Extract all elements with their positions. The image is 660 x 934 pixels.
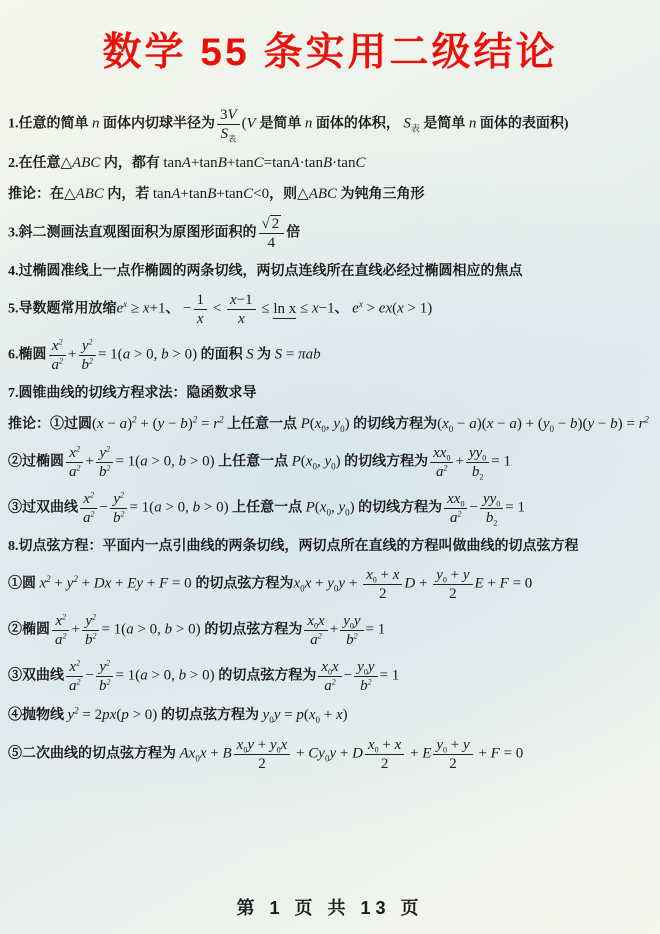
run-it: a [52, 357, 60, 373]
run-rm: + [311, 576, 327, 592]
run-it: x [366, 567, 373, 583]
run-rm: + [320, 707, 336, 723]
run-it: C [243, 186, 253, 202]
run-rm: + [447, 737, 463, 753]
frac: yy0b2 [480, 490, 503, 527]
run-it: E [422, 746, 431, 762]
run-it: S [246, 347, 254, 363]
frac: y2b2 [110, 490, 128, 527]
formula-line: ⑤二次曲线的切点弦方程为 Ax0x + Bx0y + y0x2 + Cy0y +… [8, 736, 652, 773]
run-rm: < [209, 301, 225, 317]
run-rm: + [292, 746, 308, 762]
frac: x0xa2 [318, 658, 341, 695]
formula-line: 2.在任意△ABC 内，都有 tanA+tanB+tanC=tanA·tanB·… [8, 152, 652, 175]
run-sup: 2 [76, 659, 80, 668]
run-sup: 2 [106, 659, 110, 668]
run-it: D [404, 576, 415, 592]
run-rm: = [282, 347, 298, 363]
run-it: a [324, 678, 332, 694]
run-it: x [332, 659, 339, 675]
run-it: B [207, 186, 216, 202]
run-cjk: ⑤二次曲线的切点弦方程为 [8, 747, 180, 762]
run-sup: 2 [106, 678, 110, 687]
run-sup: 2 [77, 464, 81, 473]
run-it: y [368, 659, 375, 675]
run-it: B [323, 155, 332, 171]
run-it: x [238, 311, 245, 327]
run-it: x [143, 301, 150, 317]
run-sub: 表 [411, 123, 420, 133]
formula-line: ②椭圆x2a2+y2b2= 1(a > 0, b > 0) 的切点弦方程为x0x… [8, 612, 652, 649]
run-sup: 2 [90, 491, 94, 500]
run-it: B [218, 155, 227, 171]
run-rm: +tan [216, 186, 243, 202]
run-rm: tan [153, 186, 171, 202]
run-rm: 3 [220, 107, 228, 123]
document-body: 1.任意的简单 n 面体内切球半径为3VS表(V 是简单 n 面体的体积， S表… [0, 77, 660, 773]
run-rm: + [475, 746, 491, 762]
run-sup: 2 [318, 632, 322, 641]
run-rm: = 1( [129, 500, 154, 516]
run-it: P [301, 416, 310, 432]
run-rm: + [143, 576, 159, 592]
run-cjk: 推论：在 [8, 187, 64, 202]
run-rm: + [455, 454, 463, 470]
run-cjk: 的切线方程为 [350, 417, 438, 432]
run-it: F [500, 576, 509, 592]
formula-line: 5.导数题常用放缩ex ≥ x+1、 −1x < x−1x ≤ ln x ≤ x… [8, 291, 652, 328]
frac: x0 + x2 [365, 736, 404, 773]
run-it: x [442, 416, 449, 432]
run-rm: > 0) [172, 622, 204, 638]
run-sup: 2 [89, 337, 93, 346]
run-it: p [121, 707, 129, 723]
run-rm: = [197, 416, 213, 432]
run-sup: 2 [120, 491, 124, 500]
run-rm: + [406, 746, 422, 762]
run-it: V [228, 107, 237, 123]
run-cjk: 2.在任意 [8, 156, 61, 171]
run-it: a [69, 464, 77, 480]
run-rm: = [280, 707, 296, 723]
frac: x2a2 [66, 444, 84, 481]
run-rm: = 1 [380, 668, 400, 684]
run-rm: +1 [150, 301, 166, 317]
run-rm: = 0 [500, 746, 523, 762]
formula-line: ①圆 x2 + y2 + Dx + Ey + F = 0 的切点弦方程为x0x … [8, 566, 652, 603]
run-rm: > 0, [148, 668, 179, 684]
run-sup: 2 [76, 445, 80, 454]
run-it: px [102, 707, 116, 723]
run-rm: = 1( [115, 454, 140, 470]
run-cjk: 是简单 [256, 117, 305, 132]
run-it: x [336, 707, 343, 723]
formula-line: 4.过椭圆准线上一点作椭圆的两条切线，两切点连线所在直线必经过椭圆相应的焦点 [8, 261, 652, 282]
run-sup: 2 [368, 678, 372, 687]
frac: x2a2 [66, 658, 84, 695]
run-it: Ax [180, 746, 196, 762]
run-it: a [140, 454, 148, 470]
run-it: C [254, 155, 264, 171]
run-sup: 2 [354, 632, 358, 641]
run-rm: √2 [262, 215, 282, 232]
run-rm: ·tan [332, 155, 355, 171]
run-rm: + [447, 567, 463, 583]
run-it: b [360, 678, 368, 694]
run-rm: △ [297, 186, 309, 202]
run-it: p [296, 707, 304, 723]
run-it: x [200, 746, 207, 762]
frac: √24 [259, 215, 285, 252]
run-sup: 2 [89, 356, 93, 365]
run-it: y [357, 659, 364, 675]
run-it: n [92, 116, 100, 132]
formula-line: 7.圆锥曲线的切线方程求法：隐函数求导 [8, 383, 652, 404]
run-sub: 表 [228, 134, 236, 143]
run-rm: ≤ [296, 301, 312, 317]
formula-line: ③过双曲线x2a2−y2b2= 1(a > 0, b > 0) 上任意一点 P(… [8, 490, 652, 527]
formula-line: 6.椭圆x2a2+y2b2= 1(a > 0, b > 0) 的面积 S 为 S… [8, 337, 652, 374]
run-it: Dx [94, 576, 112, 592]
page-footer: 第 1 页 共 13 页 [0, 894, 660, 920]
run-cjk: ①圆 [8, 577, 40, 592]
run-cjk: 为 [254, 348, 275, 363]
run-cjk: 、 [166, 302, 184, 317]
frac: yy0b2 [466, 444, 489, 481]
run-rm: = 1 [491, 454, 511, 470]
run-rm: − [104, 416, 120, 432]
run-rm: = 1 [366, 622, 386, 638]
run-rm: > 0) [186, 668, 218, 684]
run-it: a [55, 632, 63, 648]
run-it: a [436, 464, 444, 480]
run-it: A [171, 186, 180, 202]
run-rm: − [164, 416, 180, 432]
run-it: b [81, 357, 89, 373]
frac: y0 + y2 [433, 736, 472, 773]
run-cjk: 内，都有 [100, 156, 163, 171]
run-it: P [292, 454, 301, 470]
run-rm: 2 [379, 586, 387, 602]
run-rm: △ [61, 155, 73, 171]
run-rm: + [336, 746, 352, 762]
run-it: F [159, 576, 168, 592]
run-it: a [140, 668, 148, 684]
run-it: D [352, 746, 363, 762]
run-rm: − [493, 416, 509, 432]
run-it: y [354, 613, 361, 629]
run-cjk: 的切点弦方程为 [161, 708, 263, 723]
run-it: ABC [309, 186, 337, 202]
run-it: xx [433, 445, 446, 461]
run-rm: + [86, 454, 94, 470]
run-it: b [346, 632, 354, 648]
run-it: x [393, 567, 400, 583]
run-cjk: 内，若 [104, 187, 153, 202]
run-cjk: 上任意一点 [215, 455, 292, 470]
frac: y0yb2 [354, 658, 377, 695]
run-cjk: 4.过椭圆准线上一点作椭圆的两条切线，两切点连线所在直线必经过椭圆相应的焦点 [8, 264, 523, 279]
run-sup: 2 [92, 613, 96, 622]
run-sup: 2 [644, 414, 649, 424]
run-rm: > 0) [129, 707, 161, 723]
run-rm: > 1) [404, 301, 432, 317]
run-rm: +tan [180, 186, 207, 202]
run-rm: ≥ [127, 301, 143, 317]
run-cjk: 的切点弦方程为 [195, 577, 293, 592]
run-it: A [182, 155, 191, 171]
document-page: 数学 55 条实用二级结论 1.任意的简单 n 面体内切球半径为3VS表(V 是… [0, 0, 660, 934]
run-it: a [83, 510, 91, 526]
run-rm: + [377, 567, 393, 583]
run-rm: > 0) [186, 454, 214, 470]
run-rm: = 1( [101, 622, 126, 638]
run-cjk: ④抛物线 [8, 708, 68, 723]
run-rm: − [554, 416, 570, 432]
run-rm: = 1 [505, 500, 525, 516]
frac: x0y + y0x2 [234, 736, 291, 773]
run-it: V [247, 116, 256, 132]
run-it: a [126, 622, 134, 638]
run-rm: △ [64, 186, 76, 202]
run-it: y [343, 613, 350, 629]
frac: y2b2 [78, 337, 96, 374]
run-rm: 1 [197, 292, 205, 308]
run-rm: + [345, 576, 361, 592]
run-rm: + ( [137, 416, 158, 432]
run-cjk: 面体内切球半径为 [100, 117, 216, 132]
run-rm: ) = [618, 416, 639, 432]
run-cjk: 上任意一点 [229, 501, 306, 516]
formula-line: ③双曲线x2a2−y2b2= 1(a > 0, b > 0) 的切点弦方程为x0… [8, 658, 652, 695]
frac: y2b2 [96, 444, 114, 481]
run-it: x [97, 416, 104, 432]
run-rm: > 0) [200, 500, 228, 516]
run-rm: = 2 [79, 707, 102, 723]
run-rm: + [415, 576, 431, 592]
formula-line: 1.任意的简单 n 面体内切球半径为3VS表(V 是简单 n 面体的体积， S表… [8, 106, 652, 143]
run-it: x [368, 737, 375, 753]
run-rm: + [330, 622, 338, 638]
frac: 1x [194, 291, 208, 328]
run-cjk: 、 [335, 302, 353, 317]
frac: x2a2 [80, 490, 98, 527]
run-it: y [247, 737, 254, 753]
run-rm: 2 [381, 756, 389, 772]
run-rm: − [86, 668, 94, 684]
run-it: a [154, 500, 162, 516]
run-it: y [463, 567, 470, 583]
run-cjk: 倍 [286, 226, 300, 241]
run-rm: ) + ( [517, 416, 543, 432]
run-rm: + [254, 737, 270, 753]
run-rm: > 0, [148, 454, 179, 470]
run-sub: 0 [446, 454, 450, 463]
run-sup: 2 [458, 510, 462, 519]
run-rm: − [453, 416, 469, 432]
run-it: ex [379, 301, 392, 317]
frac: x2a2 [52, 612, 70, 649]
run-it: b [180, 416, 188, 432]
run-it: Ey [127, 576, 143, 592]
run-it: a [509, 416, 517, 432]
run-it: A [290, 155, 299, 171]
run-sup: 2 [91, 510, 95, 519]
run-rm: −1 [319, 301, 335, 317]
run-cjk: ，则 [269, 187, 297, 202]
run-it: y [82, 338, 89, 354]
run-rm: )( [477, 416, 487, 432]
run-sup: 2 [77, 678, 81, 687]
run-cjk: 推论：①过圆 [8, 417, 92, 432]
run-sup: 2 [106, 445, 110, 454]
frac: xx0a2 [430, 444, 453, 481]
run-rm: +tan [227, 155, 254, 171]
run-rm: − [344, 668, 352, 684]
frac: y2b2 [82, 612, 100, 649]
run-it: P [306, 500, 315, 516]
run-rm: > 0, [130, 347, 161, 363]
run-it: x [395, 737, 402, 753]
run-it: C [355, 155, 365, 171]
run-sup: 2 [444, 464, 448, 473]
run-cjk: 面体的表面积) [476, 117, 568, 132]
run-it: B [222, 746, 231, 762]
run-rm: + [379, 737, 395, 753]
run-rm: = 0 [509, 576, 532, 592]
run-it: S [275, 347, 283, 363]
frac: y0yb2 [340, 612, 363, 649]
run-it: a [469, 416, 477, 432]
run-it: yy [483, 491, 496, 507]
run-rm: ≤ [258, 301, 274, 317]
formula-line: ②过椭圆x2a2+y2b2= 1(a > 0, b > 0) 上任意一点 P(x… [8, 444, 652, 481]
run-rm: + [207, 746, 223, 762]
run-it: ABC [76, 186, 104, 202]
run-cjk: 3.斜二测画法直观图面积为原图形面积的 [8, 226, 257, 241]
run-cjk: ②椭圆 [8, 623, 50, 638]
frac: xx0a2 [444, 490, 467, 527]
run-rm: − [469, 500, 477, 516]
run-rm: > 0) [169, 347, 197, 363]
run-rm: > 0, [162, 500, 193, 516]
run-cjk: ③双曲线 [8, 669, 64, 684]
run-rm: − [183, 301, 191, 317]
run-it: x [318, 613, 325, 629]
formula-line: 8.切点弦方程：平面内一点引曲线的两条切线，两切点所在直线的方程叫做曲线的切点弦… [8, 536, 652, 557]
run-it: S [403, 116, 411, 132]
run-rm: > 0, [134, 622, 165, 638]
run-rm: = 0 [168, 576, 195, 592]
run-cjk: 上任意一点 [224, 417, 301, 432]
run-it: πab [298, 347, 321, 363]
run-rm: 4 [268, 235, 276, 251]
run-cjk: 的面积 [197, 348, 246, 363]
run-sub: 2 [479, 473, 483, 482]
run-rm: = 1( [98, 347, 123, 363]
run-rm: + [111, 576, 127, 592]
frac: y0 + y2 [433, 566, 472, 603]
run-it: y [270, 737, 277, 753]
run-it: a [69, 678, 77, 694]
run-rm: tan [163, 155, 181, 171]
run-it: y [463, 737, 470, 753]
run-cjk: 1.任意的简单 [8, 117, 92, 132]
run-rm: ln x [273, 301, 296, 319]
formula-line: 推论：在△ABC 内，若 tanA+tanB+tanC<0，则△ABC 为钝角三… [8, 183, 652, 206]
run-cjk: 是简单 [420, 117, 469, 132]
run-it: ABC [72, 155, 100, 171]
run-sup: 2 [106, 464, 110, 473]
run-rm: −1 [237, 292, 253, 308]
run-it: x [397, 301, 404, 317]
run-cjk: ②过椭圆 [8, 455, 64, 470]
run-it: e [352, 301, 359, 317]
run-cjk: 的切点弦方程为 [204, 623, 302, 638]
run-cjk: 为钝角三角形 [337, 187, 425, 202]
run-rm: > [363, 301, 379, 317]
run-cjk: 7.圆锥曲线的切线方程求法：隐函数求导 [8, 386, 257, 401]
run-cjk: 5.导数题常用放缩 [8, 302, 117, 317]
frac: y2b2 [96, 658, 114, 695]
run-cjk: 面体的体积， [312, 117, 403, 132]
run-it: xx [447, 491, 460, 507]
run-sup: 2 [59, 337, 63, 346]
frac: x2a2 [49, 337, 67, 374]
run-it: Cy [308, 746, 325, 762]
run-it: yy [469, 445, 482, 461]
run-it: x [309, 707, 316, 723]
run-it: S [221, 126, 229, 142]
run-sub: 0 [496, 500, 500, 509]
run-cjk: 的切线方程为 [355, 501, 443, 516]
frac: x0xa2 [304, 612, 327, 649]
run-cjk: ③过双曲线 [8, 501, 78, 516]
run-it: b [610, 416, 618, 432]
frac: 3VS表 [217, 106, 240, 143]
run-rm: + [78, 576, 94, 592]
run-rm: + [72, 622, 80, 638]
run-rm: − [100, 500, 108, 516]
run-sup: 2 [62, 613, 66, 622]
run-it: E [475, 576, 484, 592]
frac: x−1x [227, 291, 256, 328]
run-rm: +tan [191, 155, 218, 171]
run-sup: 2 [120, 510, 124, 519]
run-rm: <0 [253, 186, 269, 202]
run-cjk: 的切线方程为 [341, 455, 429, 470]
frac: x0 + x2 [363, 566, 402, 603]
run-rm: = 1( [115, 668, 140, 684]
run-rm: =tan [264, 155, 291, 171]
run-rm: − [594, 416, 610, 432]
formula-line: 3.斜二测画法直观图面积为原图形面积的√24倍 [8, 215, 652, 252]
run-it: y [327, 576, 334, 592]
page-title: 数学 55 条实用二级结论 [0, 0, 660, 77]
formula-line: ④抛物线 y2 = 2px(p > 0) 的切点弦方程为 y0y = p(x0 … [8, 704, 652, 727]
run-rm: ) [343, 707, 348, 723]
run-it: x [52, 338, 59, 354]
run-it: x [312, 301, 319, 317]
run-it: x [197, 311, 204, 327]
run-it: x [281, 737, 288, 753]
run-rm: + [484, 576, 500, 592]
run-sup: 2 [92, 632, 96, 641]
run-it: x [230, 292, 237, 308]
run-sup: 2 [63, 632, 67, 641]
run-it: F [491, 746, 500, 762]
run-rm: )( [577, 416, 587, 432]
